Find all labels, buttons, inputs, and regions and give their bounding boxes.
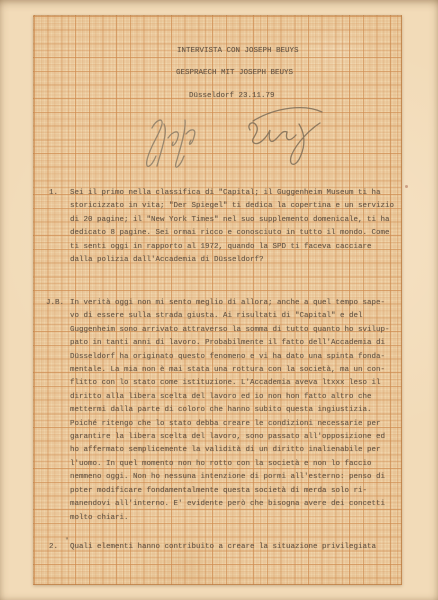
signature-joseph [147,120,195,167]
question-2-text: Quali elementi hanno contribuito a crear… [70,541,376,554]
answer-jb-text: In verità oggi non mi sento meglio di al… [70,297,390,525]
paper-speck [405,185,408,188]
question-2-number: 2. [49,541,58,554]
stray-quote-mark: " [65,537,69,544]
question-1-number: 1. [49,187,58,200]
signature-beuys [249,108,322,165]
framed-artwork-photo: INTERVISTA CON JOSEPH BEUYS GESPRAECH MI… [0,0,438,600]
answer-jb-label: J.B. [46,297,64,310]
question-1-text: Sei il primo nella classifica di "Capita… [70,187,394,267]
